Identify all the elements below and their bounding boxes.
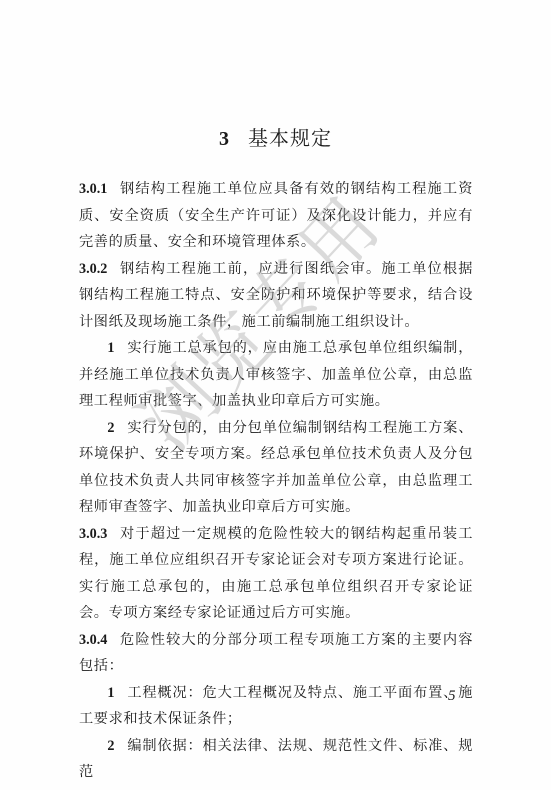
clause-3-0-4: 3.0.4危险性较大的分部分项工程专项施工方案的主要内容包括： [79,627,473,680]
clause-3-0-3: 3.0.3对于超过一定规模的危险性较大的钢结构起重吊装工程，施工单位应组织召开专… [79,521,473,627]
clause-text: 钢结构工程施工前，应进行图纸会审。施工单位根据钢结构工程施工特点、安全防护和环境… [79,261,473,330]
clause-text: 对于超过一定规模的危险性较大的钢结构起重吊装工程，施工单位应组织召开专家论证会对… [79,526,473,622]
document-page: 3基本规定 3.0.1钢结构工程施工单位应具备有效的钢结构工程施工资质、安全资质… [0,0,551,790]
item-label: 2 [107,738,115,754]
item-label: 2 [107,420,115,436]
item-text: 实行分包的，由分包单位编制钢结构工程施工方案、环境保护、安全专项方案。经总承包单… [79,420,473,516]
clause-3-0-1: 3.0.1钢结构工程施工单位应具备有效的钢结构工程施工资质、安全资质（安全生产许… [79,176,473,256]
item-3-0-2-2: 2实行分包的，由分包单位编制钢结构工程施工方案、环境保护、安全专项方案。经总承包… [79,415,473,521]
clause-label: 3.0.1 [79,181,107,197]
item-3-0-4-1: 1工程概况：危大工程概况及特点、施工平面布置、施工要求和技术保证条件； [79,680,473,733]
clause-label: 3.0.4 [79,632,107,648]
chapter-number: 3 [219,128,230,150]
page-number: 5 [448,688,456,705]
chapter-title: 3基本规定 [0,122,551,151]
item-label: 1 [107,685,115,701]
clause-text: 危险性较大的分部分项工程专项施工方案的主要内容包括： [79,632,473,675]
item-text: 工程概况：危大工程概况及特点、施工平面布置、施工要求和技术保证条件； [79,685,473,728]
item-3-0-2-1: 1实行施工总承包的，应由施工总承包单位组织编制，并经施工单位技术负责人审核签字、… [79,335,473,415]
item-3-0-4-2: 2编制依据：相关法律、法规、规范性文件、标准、规范 [79,733,473,786]
clause-text: 钢结构工程施工单位应具备有效的钢结构工程施工资质、安全资质（安全生产许可证）及深… [79,181,473,250]
clause-label: 3.0.3 [79,526,107,542]
item-text: 编制依据：相关法律、法规、规范性文件、标准、规范 [79,738,473,781]
clause-label: 3.0.2 [79,261,107,277]
clause-3-0-2: 3.0.2钢结构工程施工前，应进行图纸会审。施工单位根据钢结构工程施工特点、安全… [79,256,473,336]
chapter-title-text: 基本规定 [248,126,332,150]
item-label: 1 [107,340,115,356]
item-text: 实行施工总承包的，应由施工总承包单位组织编制，并经施工单位技术负责人审核签字、加… [79,340,473,409]
body-text: 3.0.1钢结构工程施工单位应具备有效的钢结构工程施工资质、安全资质（安全生产许… [79,176,473,786]
